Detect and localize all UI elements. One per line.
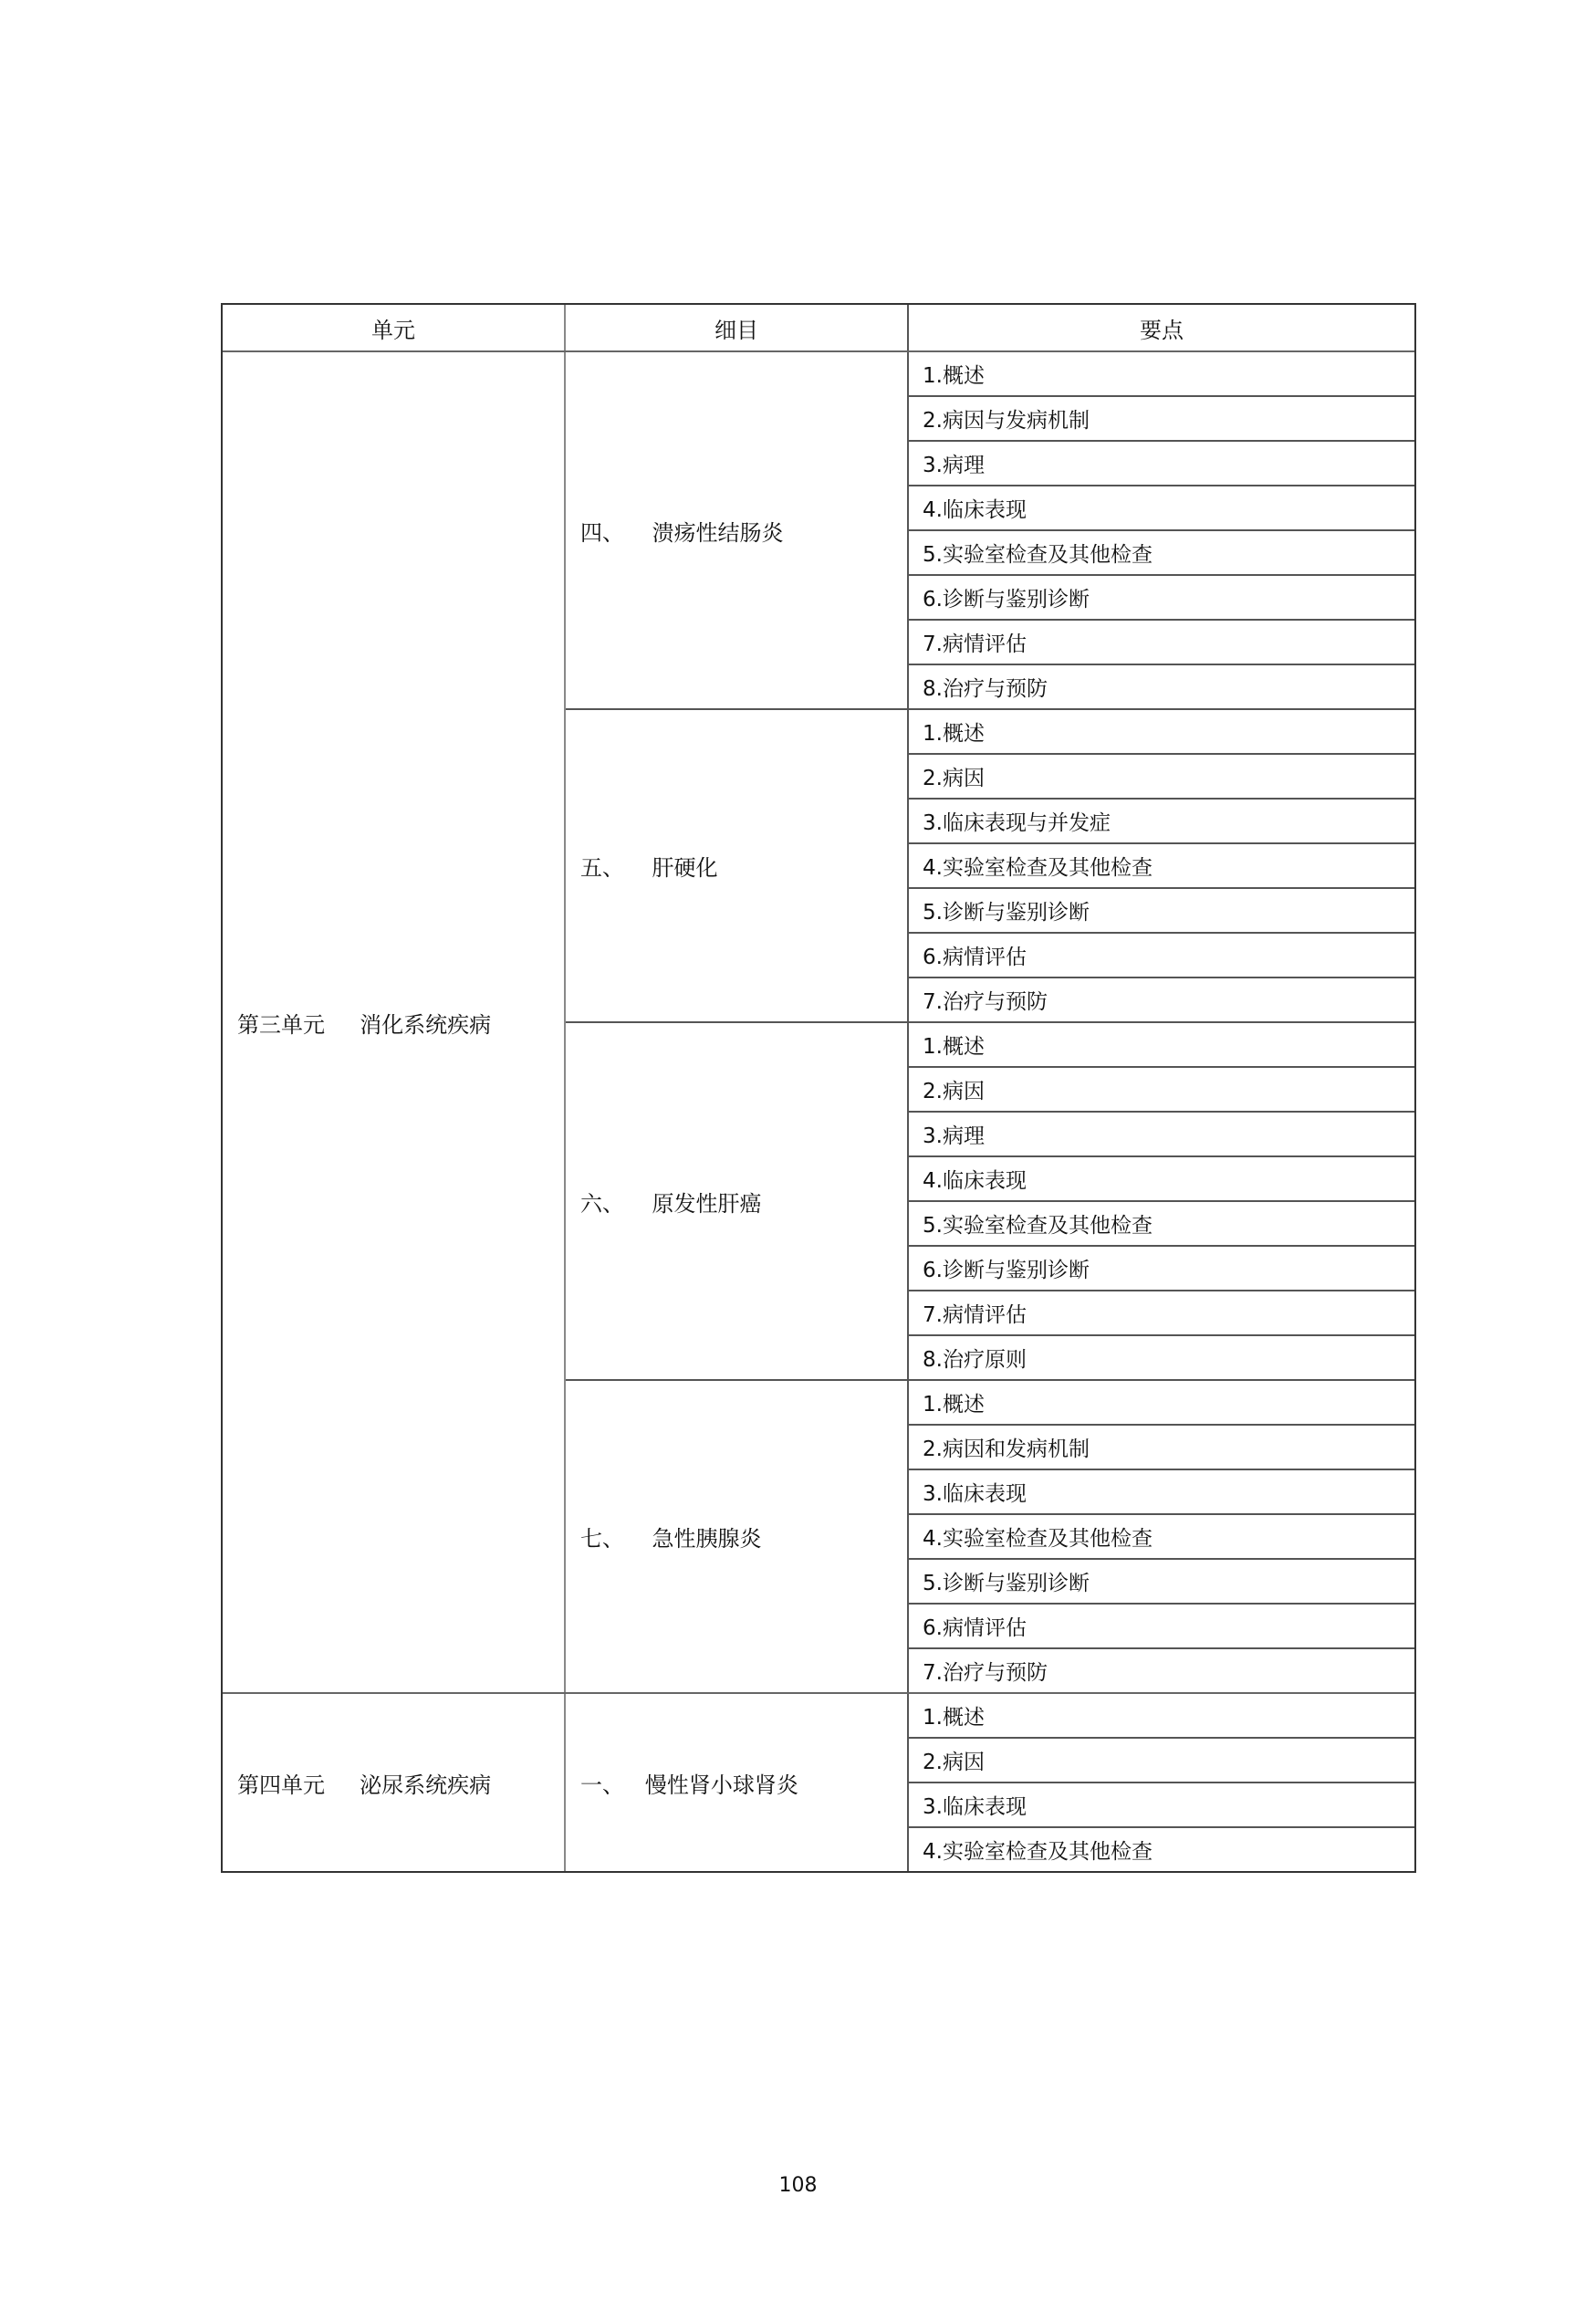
point-cell: 7.治疗与预防 (909, 978, 1414, 1021)
point-cell: 7.病情评估 (909, 1291, 1414, 1336)
point-cell: 2.病因 (909, 1739, 1414, 1783)
point-cell: 7.病情评估 (909, 621, 1414, 665)
page-number: 108 (0, 2174, 1596, 2197)
point-cell: 4.临床表现 (909, 486, 1414, 531)
point-cell: 2.病因 (909, 755, 1414, 800)
point-cell: 3.临床表现与并发症 (909, 800, 1414, 844)
point-cell: 2.病因和发病机制 (909, 1426, 1414, 1470)
item-label: 六、 原发性肝癌 (566, 1023, 909, 1379)
point-cell: 2.病因 (909, 1068, 1414, 1113)
point-cell: 3.临床表现 (909, 1783, 1414, 1828)
unit-label: 第四单元 泌尿系统疾病 (223, 1694, 566, 1871)
point-cell: 3.病理 (909, 1113, 1414, 1157)
point-cell: 6.诊断与鉴别诊断 (909, 576, 1414, 621)
item-label: 四、 溃疡性结肠炎 (566, 352, 909, 708)
point-cell: 5.实验室检查及其他检查 (909, 1202, 1414, 1247)
unit-row: 第四单元 泌尿系统疾病一、 慢性肾小球肾炎1.概述2.病因3.临床表现4.实验室… (223, 1694, 1414, 1871)
point-cell: 1.概述 (909, 1694, 1414, 1739)
point-cell: 2.病因与发病机制 (909, 397, 1414, 442)
item-label: 七、 急性胰腺炎 (566, 1381, 909, 1692)
point-cell: 3.病理 (909, 442, 1414, 486)
point-cell: 1.概述 (909, 1381, 1414, 1426)
point-cell: 6.诊断与鉴别诊断 (909, 1247, 1414, 1291)
header-unit: 单元 (223, 305, 566, 350)
header-points: 要点 (909, 305, 1414, 350)
point-cell: 8.治疗与预防 (909, 665, 1414, 708)
item-row: 四、 溃疡性结肠炎1.概述2.病因与发病机制3.病理4.临床表现5.实验室检查及… (566, 352, 1414, 710)
item-row: 五、 肝硬化1.概述2.病因3.临床表现与并发症4.实验室检查及其他检查5.诊断… (566, 710, 1414, 1023)
item-label: 一、 慢性肾小球肾炎 (566, 1694, 909, 1871)
unit-row: 第三单元 消化系统疾病四、 溃疡性结肠炎1.概述2.病因与发病机制3.病理4.临… (223, 352, 1414, 1694)
item-row: 六、 原发性肝癌1.概述2.病因3.病理4.临床表现5.实验室检查及其他检查6.… (566, 1023, 1414, 1381)
point-cell: 5.实验室检查及其他检查 (909, 531, 1414, 576)
point-cell: 4.实验室检查及其他检查 (909, 844, 1414, 889)
table-body: 第三单元 消化系统疾病四、 溃疡性结肠炎1.概述2.病因与发病机制3.病理4.临… (223, 352, 1414, 1871)
point-cell: 4.临床表现 (909, 1157, 1414, 1202)
item-row: 一、 慢性肾小球肾炎1.概述2.病因3.临床表现4.实验室检查及其他检查 (566, 1694, 1414, 1871)
point-cell: 5.诊断与鉴别诊断 (909, 889, 1414, 934)
syllabus-table: 单元 细目 要点 第三单元 消化系统疾病四、 溃疡性结肠炎1.概述2.病因与发病… (221, 303, 1416, 1873)
point-cell: 4.实验室检查及其他检查 (909, 1828, 1414, 1871)
point-cell: 4.实验室检查及其他检查 (909, 1515, 1414, 1560)
item-row: 七、 急性胰腺炎1.概述2.病因和发病机制3.临床表现4.实验室检查及其他检查5… (566, 1381, 1414, 1692)
item-label: 五、 肝硬化 (566, 710, 909, 1021)
point-cell: 1.概述 (909, 352, 1414, 397)
point-cell: 7.治疗与预防 (909, 1649, 1414, 1692)
point-cell: 1.概述 (909, 1023, 1414, 1068)
unit-label: 第三单元 消化系统疾病 (223, 352, 566, 1692)
table-header: 单元 细目 要点 (223, 305, 1414, 352)
point-cell: 8.治疗原则 (909, 1336, 1414, 1379)
point-cell: 1.概述 (909, 710, 1414, 755)
point-cell: 5.诊断与鉴别诊断 (909, 1560, 1414, 1605)
header-item: 细目 (566, 305, 909, 350)
point-cell: 6.病情评估 (909, 1605, 1414, 1649)
point-cell: 6.病情评估 (909, 934, 1414, 978)
point-cell: 3.临床表现 (909, 1470, 1414, 1515)
